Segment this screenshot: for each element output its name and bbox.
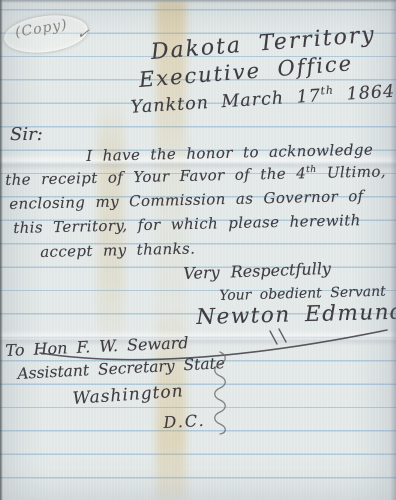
body-line-1: I have the honor to acknowledge — [86, 140, 373, 165]
body-line-2-ordinal: th — [306, 164, 317, 175]
address-title: Assistant Secretary State — [17, 354, 225, 383]
body-line-3: enclosing my Commission as Governor of — [9, 187, 364, 213]
signature: Newton Edmunds — [196, 299, 396, 330]
dateline-ordinal: th — [320, 84, 334, 98]
scan-edge-left — [0, 0, 3, 500]
scan-edge-top — [0, 0, 396, 3]
check-mark-icon: ✓ — [76, 24, 90, 43]
body-line-4: this Territory, for which please herewit… — [13, 211, 361, 237]
body-line-2-text: the receipt of Your Favor of the 4 — [5, 164, 306, 189]
dateline-year: 1864 — [334, 82, 396, 106]
salutation: Sir: — [10, 124, 43, 145]
signature-tick-marks — [270, 329, 286, 344]
address-district: D.C. — [163, 411, 206, 432]
address-recipient: To Hon F. W. Seward — [5, 333, 189, 360]
scan-edge-right — [390, 0, 396, 500]
closing-respectfully: Very Respectfully — [183, 259, 331, 283]
body-line-2-tail: Ultimo, — [316, 162, 386, 182]
body-line-5: accept my thanks. — [40, 239, 196, 261]
dateline-place-month-day: Yankton March 17 — [130, 86, 321, 118]
body-line-2: the receipt of Your Favor of the 4th Ult… — [5, 162, 386, 189]
address-city: Washington — [72, 381, 184, 409]
letter-page: (Copy) ✓ Dakota Territory Executive Offi… — [0, 0, 396, 500]
